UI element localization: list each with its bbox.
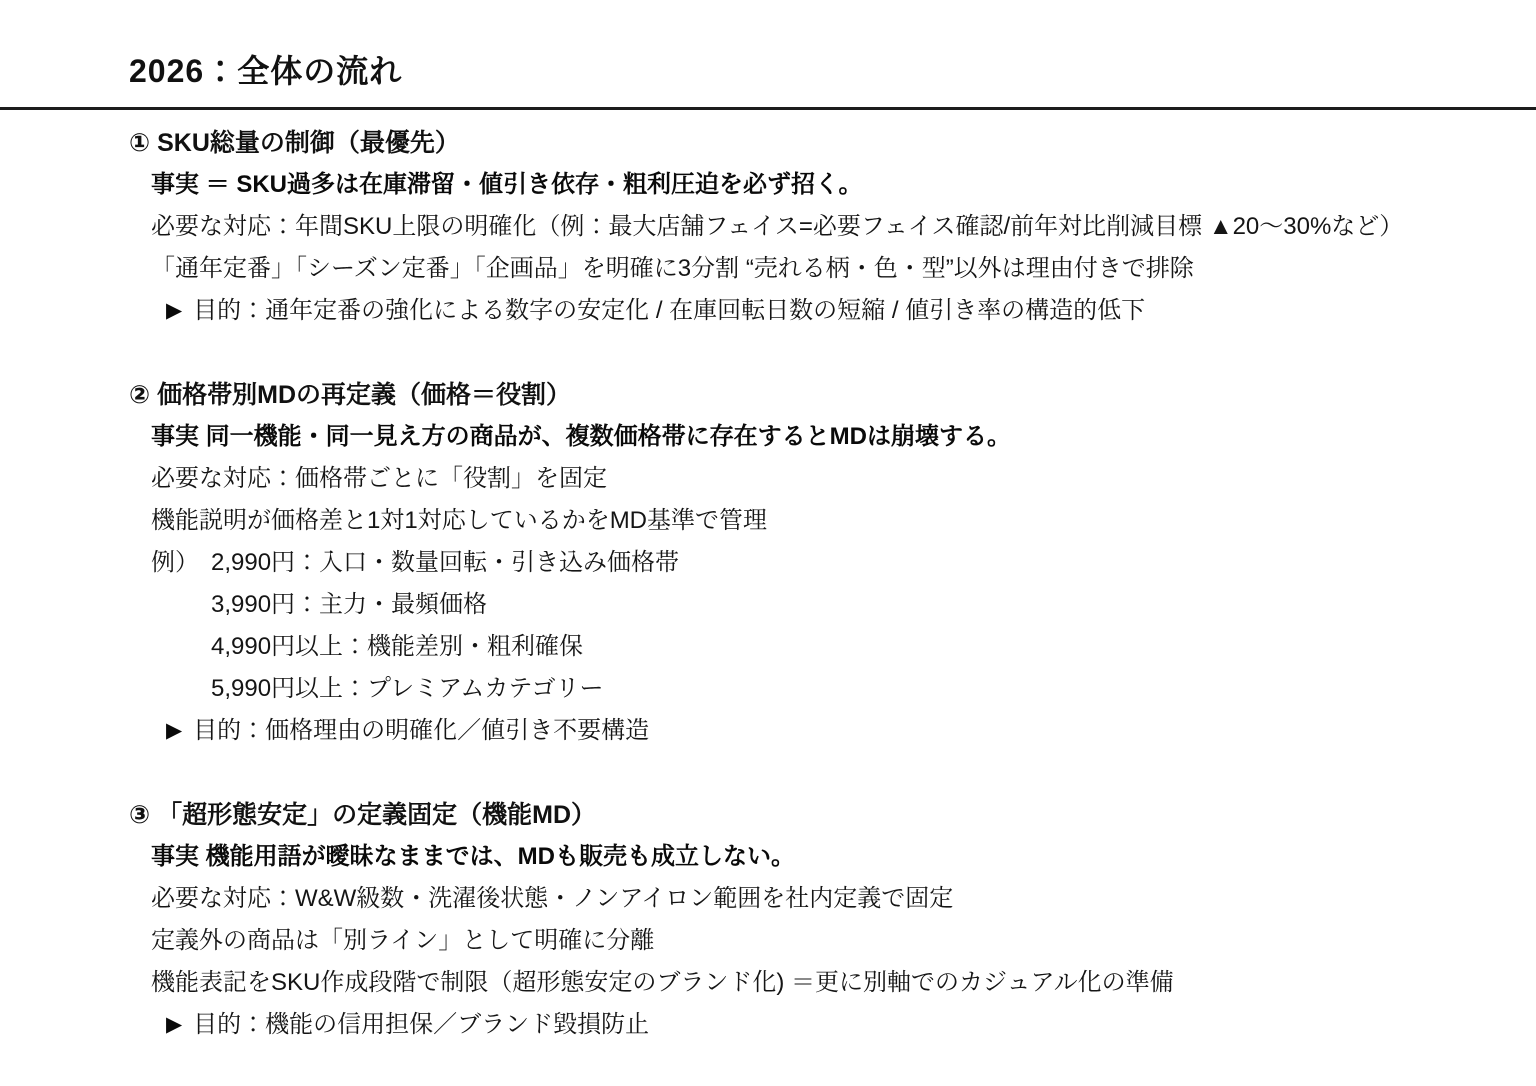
goal-line: ▶目的：価格理由の明確化／値引き不要構造 <box>129 710 1506 753</box>
line-text: 3,990円：主力・最頻価格 <box>211 591 487 618</box>
line-text: 事実 機能用語が曖昧なままでは、MDも販売も成立しない。 <box>151 843 795 870</box>
price-item: 3,990円：主力・最頻価格 <box>129 584 1506 626</box>
fact-line: 事実 機能用語が曖昧なままでは、MDも販売も成立しない。 <box>129 836 1506 878</box>
line-text: 目的：価格理由の明確化／値引き不要構造 <box>193 717 649 744</box>
goal-line: ▶目的：通年定番の強化による数字の安定化 / 在庫回転日数の短縮 / 値引き率の… <box>129 290 1506 333</box>
section-heading: ② 価格帯別MDの再定義（価格＝役割） <box>129 374 1506 416</box>
fact-line: 事実 ＝ SKU過多は在庫滞留・値引き依存・粗利圧迫を必ず招く。 <box>129 164 1506 206</box>
line-text: 4,990円以上：機能差別・粗利確保 <box>211 633 583 660</box>
line-text: 「通年定番」「シーズン定番」「企画品」を明確に3分割 “売れる柄・色・型”以外は… <box>151 255 1194 282</box>
line-text: 機能説明が価格差と1対1対応しているかをMD基準で管理 <box>151 507 767 534</box>
page-title: 2026：全体の流れ <box>0 0 1536 90</box>
body-line: 「通年定番」「シーズン定番」「企画品」を明確に3分割 “売れる柄・色・型”以外は… <box>129 248 1506 290</box>
body-line: 機能表記をSKU作成段階で制限（超形態安定のブランド化) ＝更に別軸でのカジュア… <box>129 962 1506 1004</box>
section-2: ② 価格帯別MDの再定義（価格＝役割） 事実 同一機能・同一見え方の商品が、複数… <box>129 374 1506 753</box>
sections-container: ① SKU総量の制御（最優先） 事実 ＝ SKU過多は在庫滞留・値引き依存・粗利… <box>0 110 1536 1047</box>
section-lines: 事実 同一機能・同一見え方の商品が、複数価格帯に存在するとMDは崩壊する。 必要… <box>129 416 1506 753</box>
document-page: 2026：全体の流れ ① SKU総量の制御（最優先） 事実 ＝ SKU過多は在庫… <box>0 0 1536 1086</box>
example-line: 例）2,990円：入口・数量回転・引き込み価格帯 <box>129 542 1506 584</box>
triangle-bullet-icon: ▶ <box>166 1004 182 1046</box>
goal-line: ▶目的：機能の信用担保／ブランド毀損防止 <box>129 1004 1506 1047</box>
section-1: ① SKU総量の制御（最優先） 事実 ＝ SKU過多は在庫滞留・値引き依存・粗利… <box>129 122 1506 333</box>
body-line: 必要な対応：年間SKU上限の明確化（例：最大店舗フェイス=必要フェイス確認/前年… <box>129 206 1506 248</box>
line-text: 必要な対応：年間SKU上限の明確化（例：最大店舗フェイス=必要フェイス確認/前年… <box>151 213 1403 240</box>
price-item: 4,990円以上：機能差別・粗利確保 <box>129 626 1506 668</box>
section-3: ③ 「超形態安定」の定義固定（機能MD） 事実 機能用語が曖昧なままでは、MDも… <box>129 794 1506 1047</box>
line-text: 事実 ＝ SKU過多は在庫滞留・値引き依存・粗利圧迫を必ず招く。 <box>151 171 863 198</box>
line-text: 事実 同一機能・同一見え方の商品が、複数価格帯に存在するとMDは崩壊する。 <box>151 423 1011 450</box>
body-line: 定義外の商品は「別ライン」として明確に分離 <box>129 920 1506 962</box>
triangle-bullet-icon: ▶ <box>166 710 182 752</box>
line-text: 2,990円：入口・数量回転・引き込み価格帯 <box>211 549 679 576</box>
section-heading: ③ 「超形態安定」の定義固定（機能MD） <box>129 794 1506 836</box>
body-line: 機能説明が価格差と1対1対応しているかをMD基準で管理 <box>129 500 1506 542</box>
line-text: 必要な対応：価格帯ごとに「役割」を固定 <box>151 465 607 492</box>
line-text: 定義外の商品は「別ライン」として明確に分離 <box>151 927 654 954</box>
body-line: 必要な対応：W&W級数・洗濯後状態・ノンアイロン範囲を社内定義で固定 <box>129 878 1506 920</box>
example-label: 例） <box>151 542 211 584</box>
price-item: 5,990円以上：プレミアムカテゴリー <box>129 668 1506 710</box>
section-heading: ① SKU総量の制御（最優先） <box>129 122 1506 164</box>
line-text: 目的：機能の信用担保／ブランド毀損防止 <box>193 1011 649 1038</box>
line-text: 必要な対応：W&W級数・洗濯後状態・ノンアイロン範囲を社内定義で固定 <box>151 885 953 912</box>
triangle-bullet-icon: ▶ <box>166 290 182 332</box>
line-text: 機能表記をSKU作成段階で制限（超形態安定のブランド化) ＝更に別軸でのカジュア… <box>151 969 1174 996</box>
line-text: 目的：通年定番の強化による数字の安定化 / 在庫回転日数の短縮 / 値引き率の構… <box>193 297 1145 324</box>
body-line: 必要な対応：価格帯ごとに「役割」を固定 <box>129 458 1506 500</box>
line-text: 5,990円以上：プレミアムカテゴリー <box>211 675 603 702</box>
fact-line: 事実 同一機能・同一見え方の商品が、複数価格帯に存在するとMDは崩壊する。 <box>129 416 1506 458</box>
section-lines: 事実 ＝ SKU過多は在庫滞留・値引き依存・粗利圧迫を必ず招く。 必要な対応：年… <box>129 164 1506 333</box>
section-lines: 事実 機能用語が曖昧なままでは、MDも販売も成立しない。 必要な対応：W&W級数… <box>129 836 1506 1047</box>
